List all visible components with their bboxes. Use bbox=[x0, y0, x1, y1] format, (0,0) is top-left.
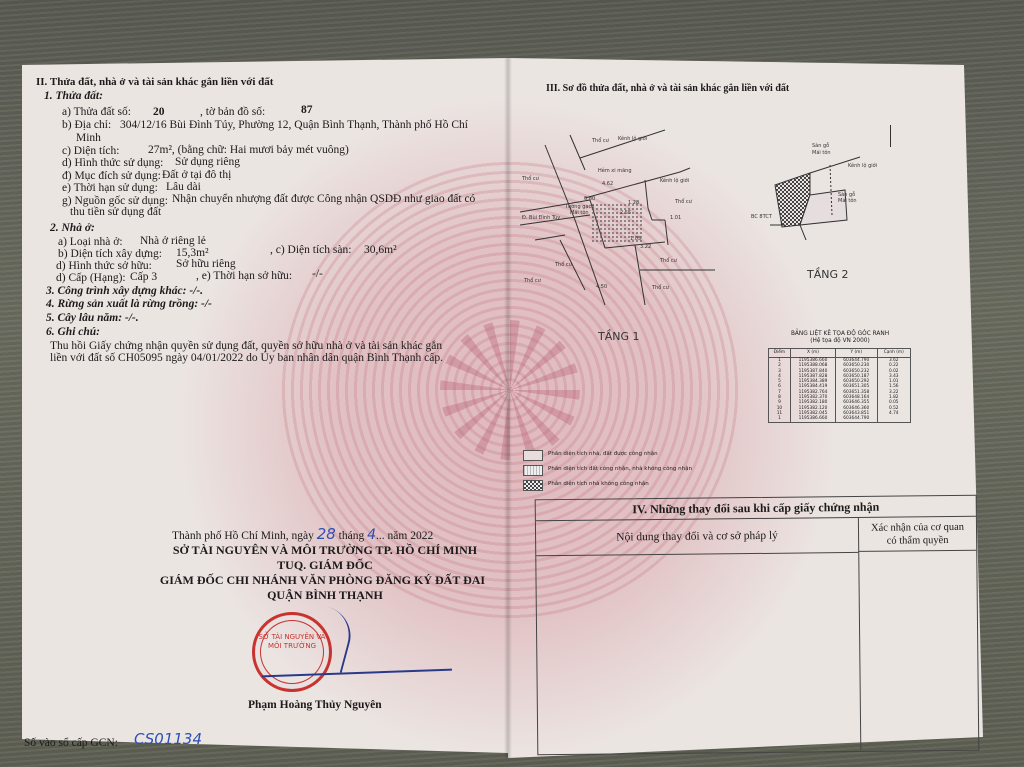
legend-label: Phần diện tích nhà không công nhận bbox=[548, 481, 649, 487]
map-no-label: , tờ bản đồ số: bbox=[200, 106, 265, 119]
label-roof: Mái tôn bbox=[570, 210, 589, 216]
year-label: năm 2022 bbox=[388, 530, 434, 542]
label-alley: Hẻm xi măng bbox=[598, 168, 632, 174]
floor1-label: TẦNG 1 bbox=[598, 330, 640, 343]
coord-table-title: BẢNG LIỆT KÊ TỌA ĐỘ GÓC RANH (Hệ tọa độ … bbox=[770, 331, 910, 345]
dim-5: 1.01 bbox=[670, 215, 681, 221]
label-roof-top: Mái tôn bbox=[812, 150, 831, 156]
notes-heading: 6. Ghi chú: bbox=[46, 326, 100, 339]
label-wood-floor-top: Sàn gỗ bbox=[812, 143, 829, 149]
signer-position-line1: GIÁM ĐỐC CHI NHÁNH VĂN PHÒNG ĐĂNG KÝ ĐẤT… bbox=[140, 573, 505, 588]
gcn-register-label: Số vào sổ cấp GCN: bbox=[24, 737, 118, 750]
dim-8: 4.50 bbox=[596, 284, 607, 290]
coord-table-header: X (m) bbox=[790, 349, 835, 358]
dim-1: 4.62 bbox=[602, 181, 613, 187]
legend-label: Phần diện tích đất công nhận, nhà không … bbox=[548, 466, 692, 472]
changes-divider bbox=[858, 552, 861, 750]
term-label: e) Thời hạn sử dụng: bbox=[62, 182, 158, 195]
coord-table-subtitle: (Hệ tọa độ VN 2000) bbox=[770, 338, 910, 345]
label-bc: BC 8TCT bbox=[751, 214, 772, 220]
signing-day: 28 bbox=[317, 525, 336, 543]
dim-6: 1.05 bbox=[630, 236, 641, 242]
section-ii-title: II. Thửa đất, nhà ở và tài sản khác gắn … bbox=[36, 76, 273, 89]
coord-table-header: Cạnh (m) bbox=[877, 349, 910, 358]
signer-position-line2: QUẬN BÌNH THẠNH bbox=[150, 588, 500, 603]
coord-table-cell: 1195386.660 bbox=[790, 416, 835, 422]
label-neighbor-bottom-right: Thổ cư bbox=[660, 258, 677, 264]
place-date-prefix: Thành phố Hồ Chí Minh, ngày bbox=[172, 530, 314, 542]
usage-form-value: Sử dụng riêng bbox=[175, 156, 240, 169]
own-term-value: -/- bbox=[312, 268, 323, 281]
signer-name: Phạm Hoàng Thủy Nguyên bbox=[248, 699, 382, 712]
coord-table-cell bbox=[877, 416, 910, 422]
label-drain-top: Kênh lộ giới bbox=[618, 136, 647, 142]
label-neighbor-right: Thổ cư bbox=[675, 199, 692, 205]
dim-2: 0.80 bbox=[584, 196, 595, 202]
label-neighbor-bottom: Thổ cư bbox=[524, 278, 541, 284]
usage-form-label: d) Hình thức sử dụng: bbox=[62, 157, 163, 170]
coord-table-row: 11195386.660603644.790 bbox=[769, 416, 911, 422]
changes-col-content: Nội dung thay đổi và cơ sở pháp lý bbox=[536, 518, 858, 556]
label-street: Đ. Bùi Đình Túy bbox=[522, 215, 560, 221]
coord-table-header: Điểm bbox=[769, 349, 791, 358]
floor-area-value: 30,6m² bbox=[364, 244, 397, 257]
address-value-line2: Minh bbox=[76, 132, 101, 145]
label-drain-floor2: Kênh lộ giới bbox=[848, 163, 877, 169]
dim-4: 2.55 bbox=[620, 210, 631, 216]
changes-col-confirmation-line1: Xác nhận của cơ quan bbox=[859, 521, 976, 535]
tuq-director: TUQ. GIÁM ĐỐC bbox=[150, 558, 500, 573]
production-forest: 4. Rừng sản xuất là rừng trồng: -/- bbox=[46, 298, 212, 311]
floor-area-label: , c) Diện tích sàn: bbox=[270, 244, 351, 257]
label-neighbor-left: Thổ cư bbox=[522, 176, 539, 182]
floor2-label: TẦNG 2 bbox=[807, 268, 849, 281]
origin-value-line2: thu tiền sử dụng đất bbox=[70, 206, 161, 219]
signing-month: 4 bbox=[367, 527, 376, 543]
legend-swatch-plain bbox=[523, 450, 543, 461]
house-heading: 2. Nhà ở: bbox=[50, 222, 95, 235]
coord-table-title-text: BẢNG LIỆT KÊ TỌA ĐỘ GÓC RANH bbox=[770, 331, 910, 338]
coord-table-cell: 603644.790 bbox=[836, 416, 877, 422]
coord-table-header: Y (m) bbox=[836, 349, 877, 358]
dim-3: 1.28 bbox=[628, 200, 639, 206]
perennial-trees: 5. Cây lâu năm: -/-. bbox=[46, 312, 139, 325]
signing-place-date: Thành phố Hồ Chí Minh, ngày 28 tháng 4..… bbox=[172, 528, 433, 543]
address-value-line1: 304/12/16 Bùi Đình Túy, Phường 12, Quận … bbox=[120, 119, 468, 132]
other-works: 3. Công trình xây dựng khác: -/-. bbox=[46, 285, 203, 298]
land-heading: 1. Thửa đất: bbox=[44, 90, 103, 103]
gcn-register-number: CS01134 bbox=[134, 733, 202, 746]
address-label: b) Địa chỉ: bbox=[62, 119, 111, 132]
map-no-value: 87 bbox=[301, 104, 313, 117]
label-roof-mid: Mái tôn bbox=[838, 198, 857, 204]
legend-swatch-dots bbox=[523, 465, 543, 476]
label-drain-right: Kênh lộ giới bbox=[660, 178, 689, 184]
grade-value: Cấp 3 bbox=[130, 271, 157, 284]
book-spine bbox=[504, 58, 512, 758]
label-neighbor-top: Thổ cư bbox=[592, 138, 609, 144]
parcel-no-label: a) Thửa đất số: bbox=[62, 106, 131, 119]
label-neighbor-bottom-left: Thổ cư bbox=[555, 262, 572, 268]
origin-value-line1: Nhận chuyển nhượng đất được Công nhận QS… bbox=[172, 193, 475, 206]
coord-table: ĐiểmX (m)Y (m)Cạnh (m) 11195386.66060364… bbox=[768, 348, 911, 423]
issuing-department: SỞ TÀI NGUYÊN VÀ MÔI TRƯỜNG TP. HỒ CHÍ M… bbox=[150, 543, 500, 558]
label-neighbor-bottom2: Thổ cư bbox=[652, 285, 669, 291]
changes-table: IV. Những thay đổi sau khi cấp giấy chứn… bbox=[535, 495, 980, 756]
legend-swatch-check bbox=[523, 480, 543, 491]
coord-table-cell: 1 bbox=[769, 416, 791, 422]
own-term-label: , e) Thời hạn sở hữu: bbox=[196, 270, 292, 283]
changes-col-confirmation-line2: có thẩm quyền bbox=[859, 534, 976, 548]
dim-7: 3.22 bbox=[640, 244, 651, 250]
legend-label: Phần diện tích nhà, đất được công nhận bbox=[548, 451, 658, 457]
section-iii-title: III. Sơ đồ thửa đất, nhà ở và tài sản kh… bbox=[546, 82, 789, 95]
changes-col-confirmation: Xác nhận của cơ quan có thẩm quyền bbox=[858, 517, 976, 552]
notes-line2: liền với đất số CH05095 ngày 04/01/2022 … bbox=[50, 352, 443, 365]
parcel-no-value: 20 bbox=[153, 106, 165, 119]
north-arrow-icon bbox=[890, 125, 891, 147]
month-label: tháng bbox=[339, 530, 365, 542]
grade-label: d) Cấp (Hạng): bbox=[56, 272, 126, 285]
